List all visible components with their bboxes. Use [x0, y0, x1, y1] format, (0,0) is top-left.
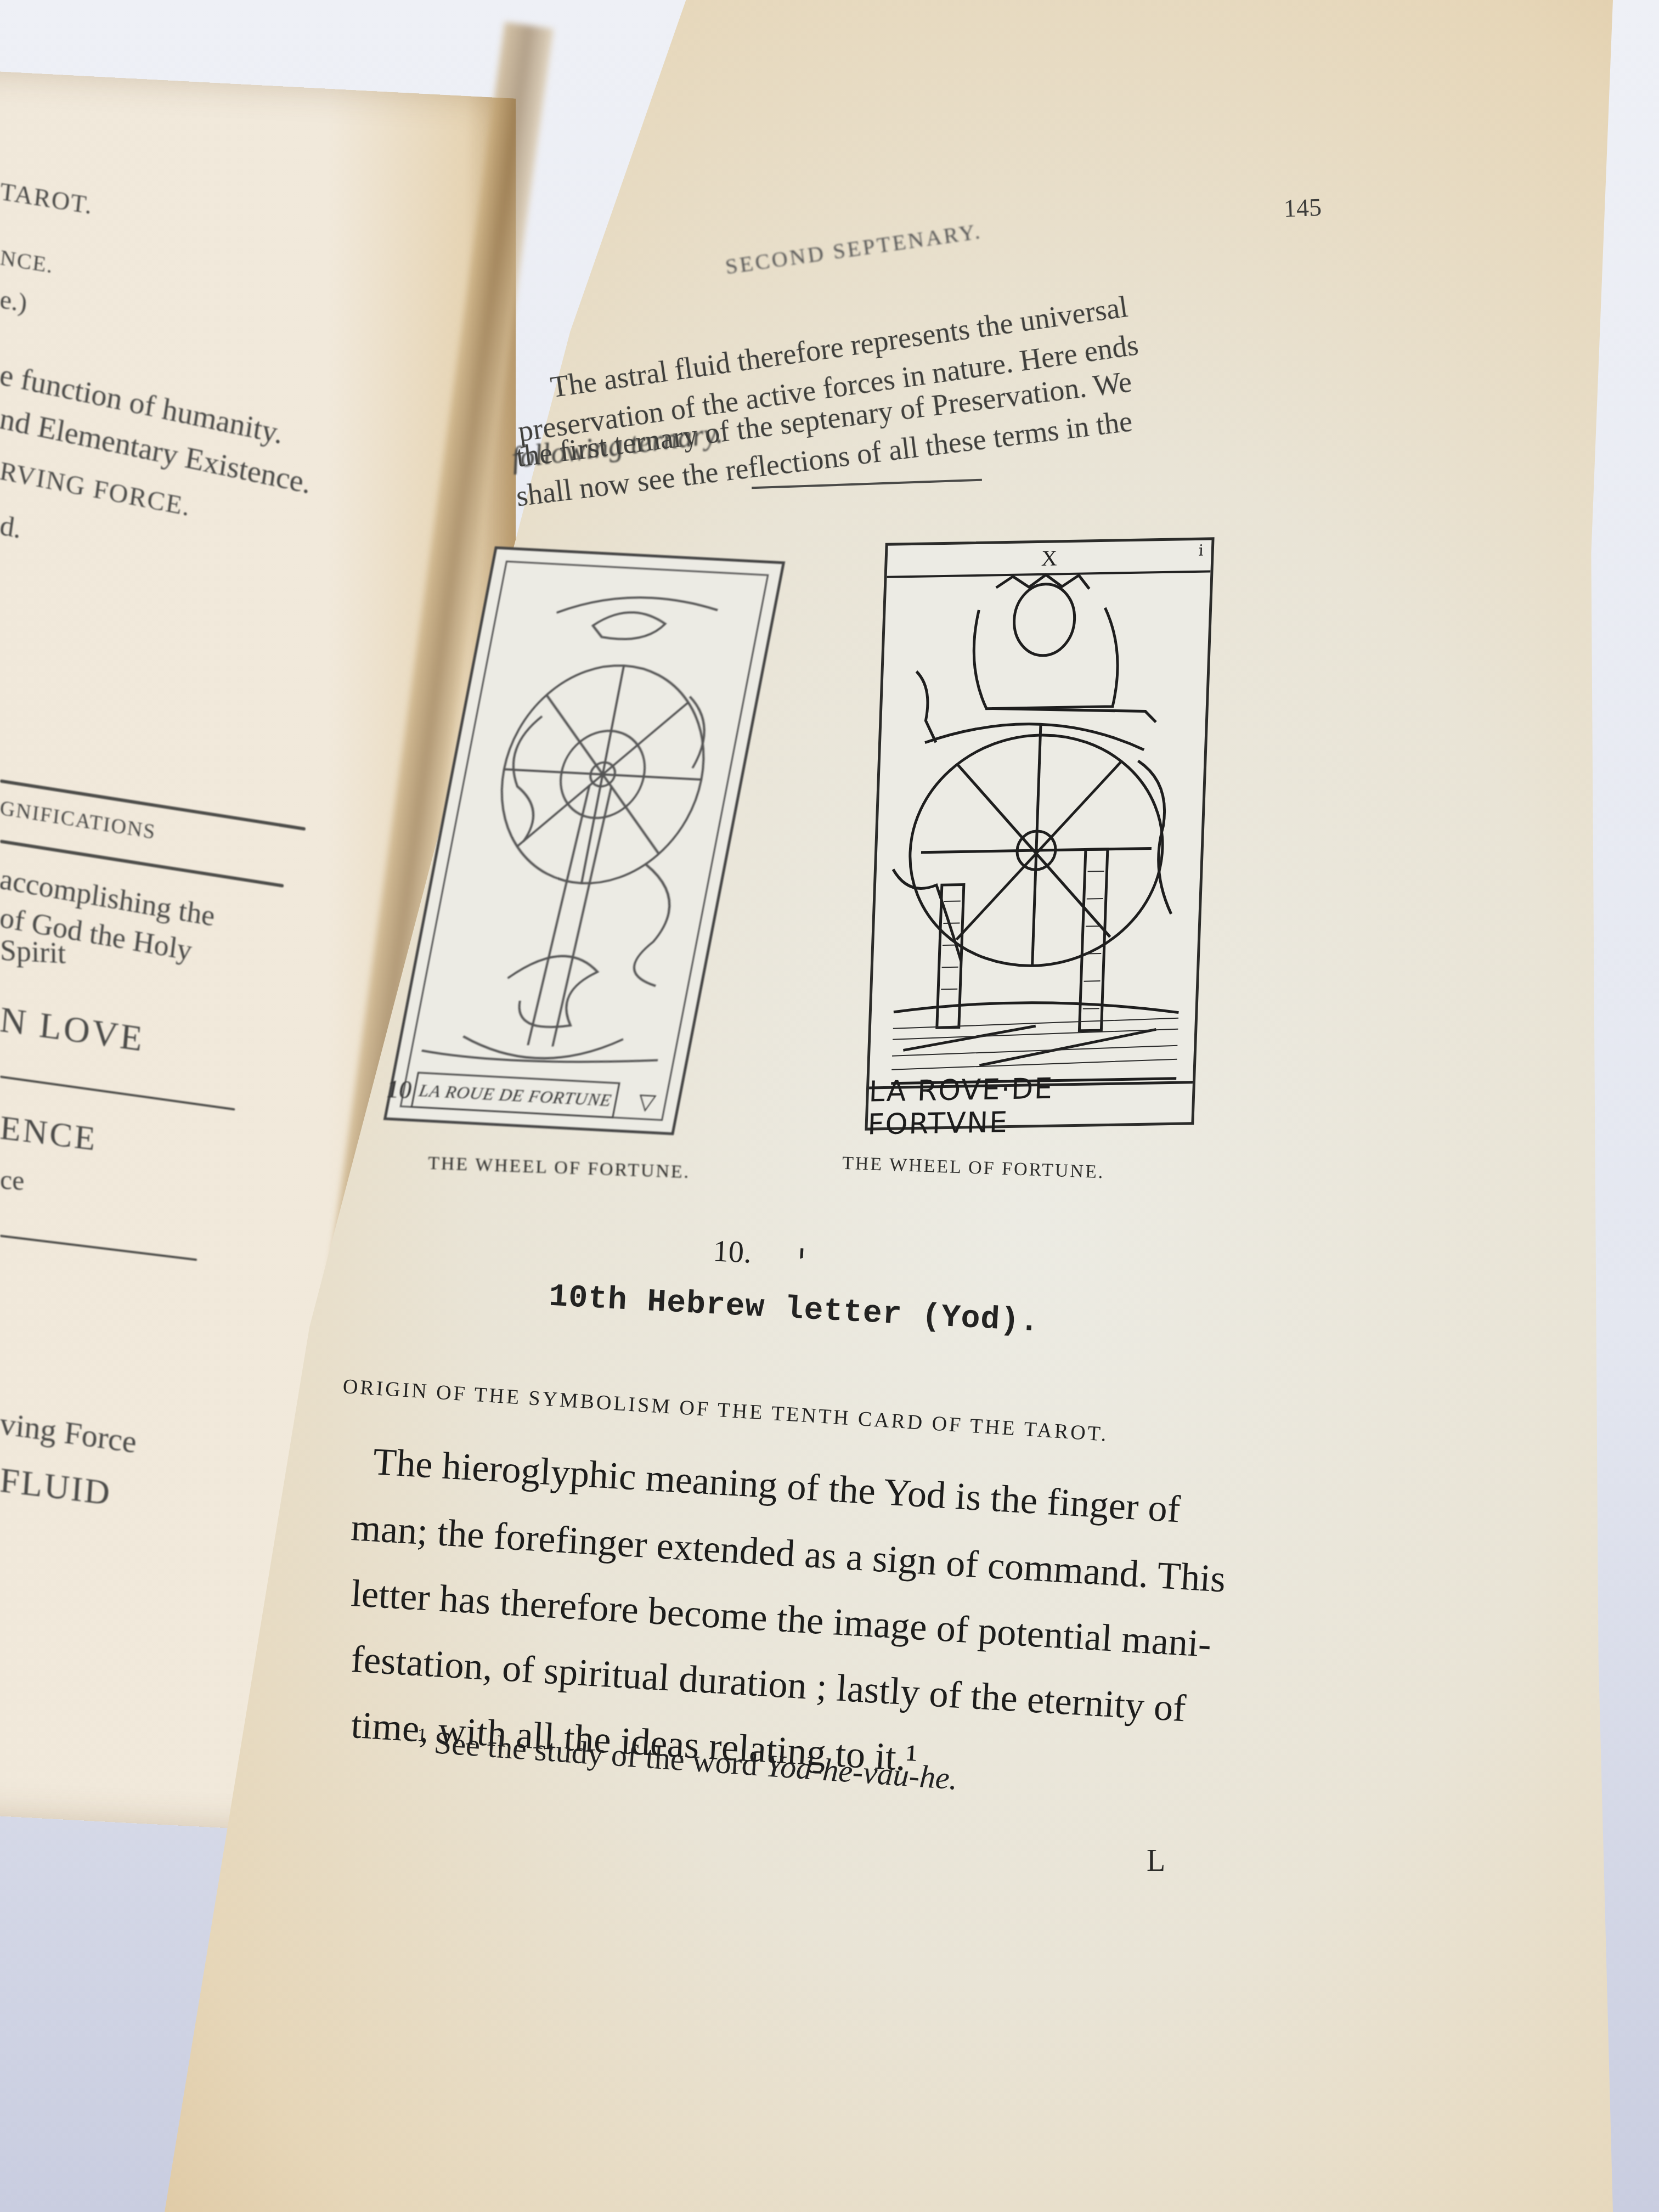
section-number: 10. — [712, 1233, 752, 1271]
figure-caption-right: THE WHEEL OF FORTUNE. — [842, 1153, 1104, 1183]
body-paragraph: The hieroglyphic meaning of the Yod is t… — [351, 1429, 1295, 1758]
card-label: LA ROVE·DE FORTVNE — [868, 1081, 1193, 1127]
footnote-marker: 1 — [416, 1725, 427, 1746]
right-page-content: 145 SECOND SEPTENARY. The astral fluid t… — [0, 0, 1659, 2212]
tarot-card-illustration-right: X ⅰ — [865, 537, 1214, 1130]
wheel-of-fortune-woodcut — [868, 540, 1212, 1127]
wheel-of-fortune-engraving — [387, 549, 782, 1132]
tarot-card-illustration-left: 10 LA ROUE DE FORTUNE ▽ — [383, 546, 786, 1136]
hebrew-letter-yod: י — [797, 1237, 806, 1273]
intro-paragraph: The astral fluid therefore represents th… — [510, 258, 1333, 455]
signature-mark: L — [1147, 1843, 1165, 1878]
figure-caption-left: THE WHEEL OF FORTUNE. — [427, 1153, 690, 1183]
page-number: 145 — [1283, 193, 1322, 223]
section-title: 10th Hebrew letter (Yod). — [548, 1279, 1040, 1341]
